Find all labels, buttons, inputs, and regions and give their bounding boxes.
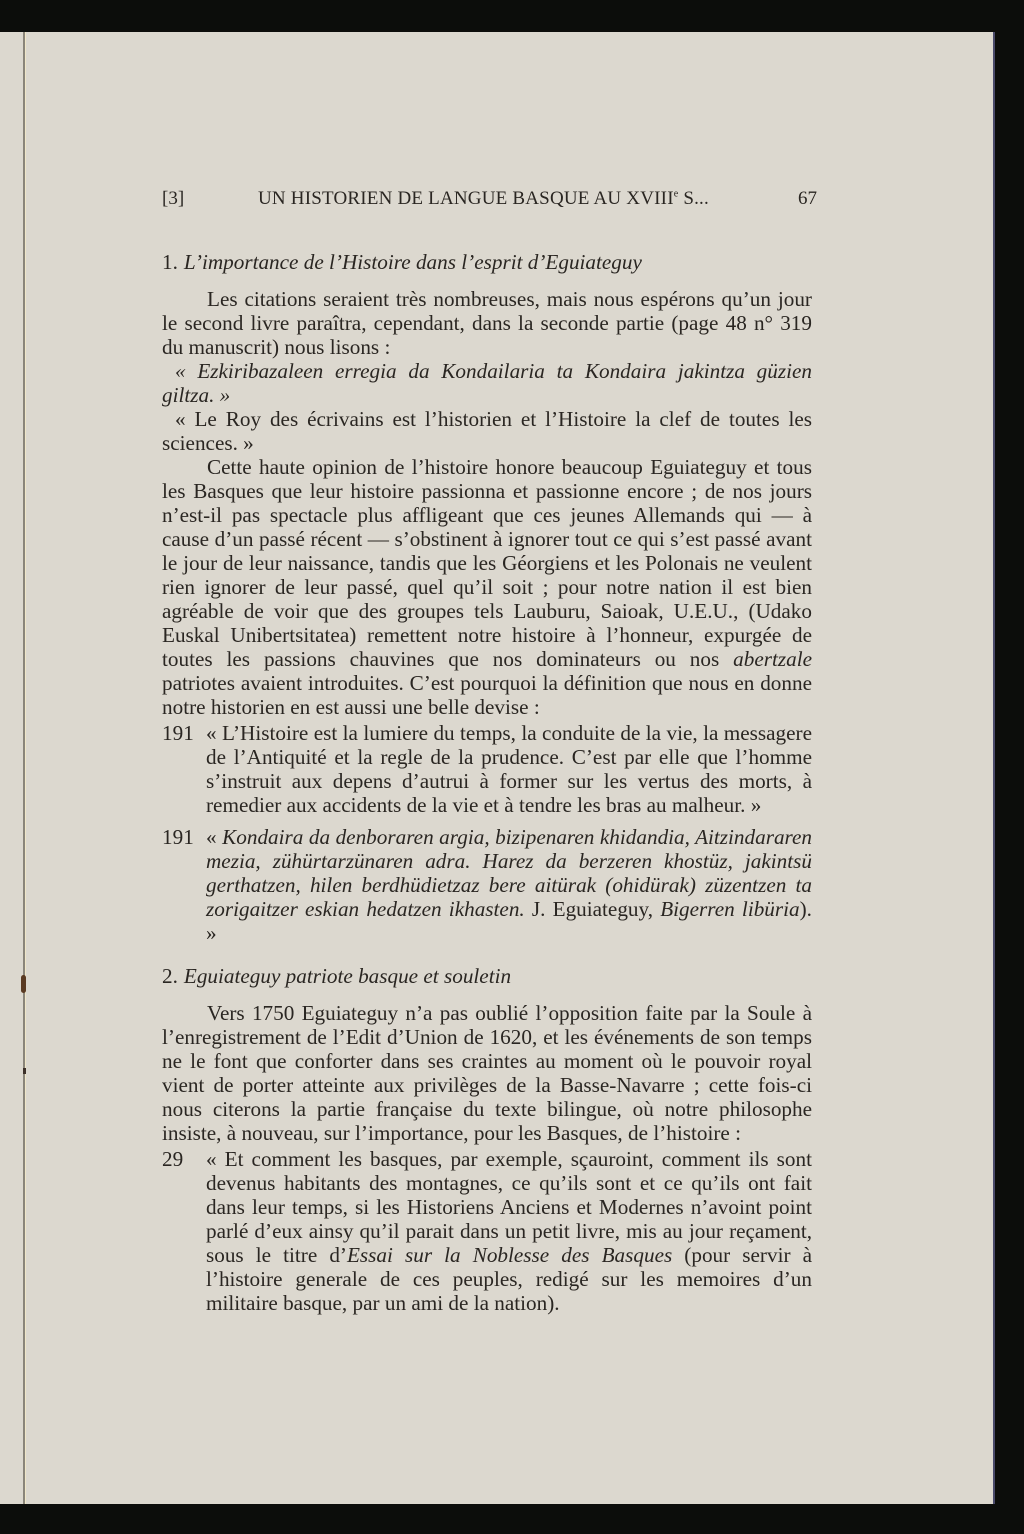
book-title: Essai sur la Noblesse des Basques [347,1243,672,1267]
page-right-edge [993,32,995,1504]
running-title: UN HISTORIEN DE LANGUE BASQUE AU XVIIIe … [258,188,709,210]
numbered-quote: 191 « L’Histoire est la lumiere du temps… [162,721,812,817]
folio-number: [3] [162,188,184,210]
paragraph: Les citations seraient très nombreuses, … [162,287,812,359]
quote-attribution: J. Eguiateguy, [525,897,661,921]
italic-term: abertzale [733,647,812,671]
numbered-quote: 191 « Kondaira da denboraren argia, bizi… [162,825,812,945]
quote-open: « [206,825,222,849]
section-title: Eguiateguy patriote basque et souletin [184,964,511,988]
running-header: [3] UN HISTORIEN DE LANGUE BASQUE AU XVI… [162,188,812,214]
document-body: 1.L’importance de l’Histoire dans l’espr… [162,250,812,1323]
running-title-tail: S... [678,188,709,209]
quote-text: « L’Histoire est la lumiere du temps, la… [206,721,812,817]
quote-number: 191 [162,825,194,849]
section-number: 2. [162,964,178,988]
paper-stain-small [23,1068,26,1074]
numbered-quote: 29 « Et comment les basques, par exemple… [162,1147,812,1315]
section-2-heading: 2.Eguiateguy patriote basque et souletin [162,964,812,988]
binding-highlight [25,32,26,1504]
paragraph-text: patriotes avaient introduites. C’est pou… [162,671,812,719]
paragraph: Vers 1750 Eguiateguy n’a pas oublié l’op… [162,1001,812,1145]
french-quote: « Le Roy des écrivains est l’historien e… [162,407,812,455]
page-number: 67 [798,188,817,210]
section-number: 1. [162,250,178,274]
running-title-text: UN HISTORIEN DE LANGUE BASQUE AU XVIII [258,188,674,209]
basque-quote: « Ezkiribazaleen erregia da Kondailaria … [162,359,812,407]
quote-number: 29 [162,1147,183,1171]
book-title: Bigerren libüria [660,897,799,921]
paragraph: Cette haute opinion de l’histoire honore… [162,455,812,719]
paragraph-text: Cette haute opinion de l’histoire honore… [162,455,812,671]
section-1-heading: 1.L’importance de l’Histoire dans l’espr… [162,250,812,274]
quote-number: 191 [162,721,194,745]
section-title: L’importance de l’Histoire dans l’esprit… [184,250,642,274]
paper-stain [21,975,26,993]
